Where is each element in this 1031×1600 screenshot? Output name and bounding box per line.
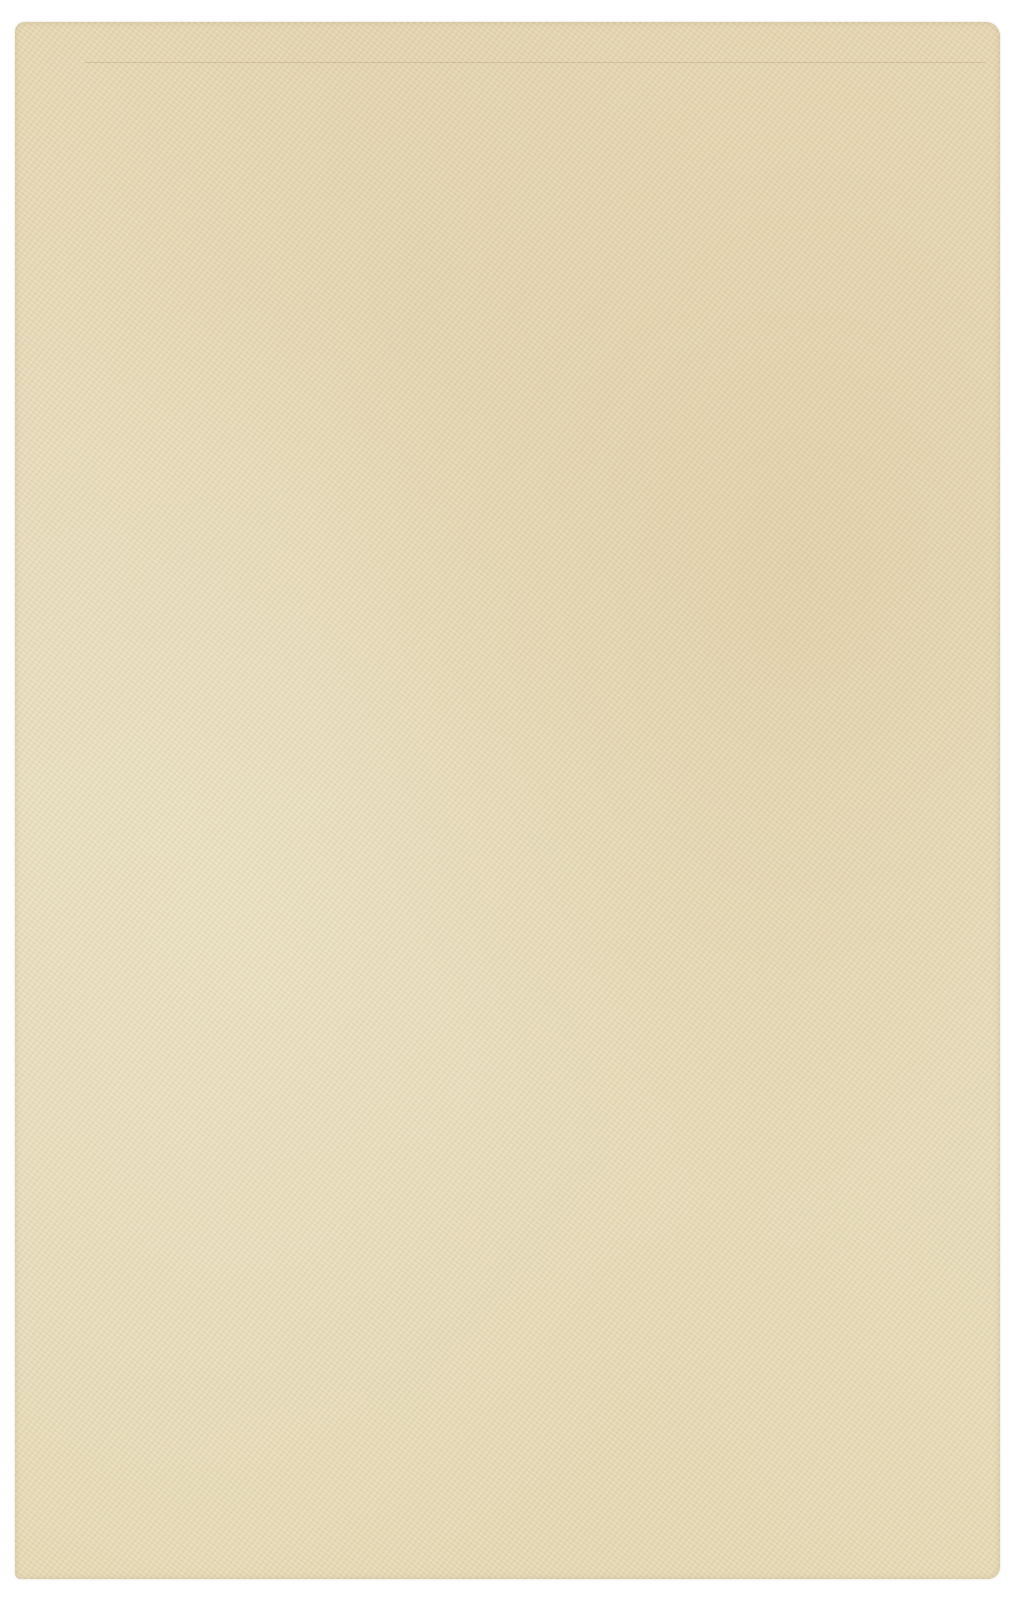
rug-seam-line [85,62,985,63]
photo-canvas [0,0,1031,1600]
beige-rug [15,22,1000,1579]
